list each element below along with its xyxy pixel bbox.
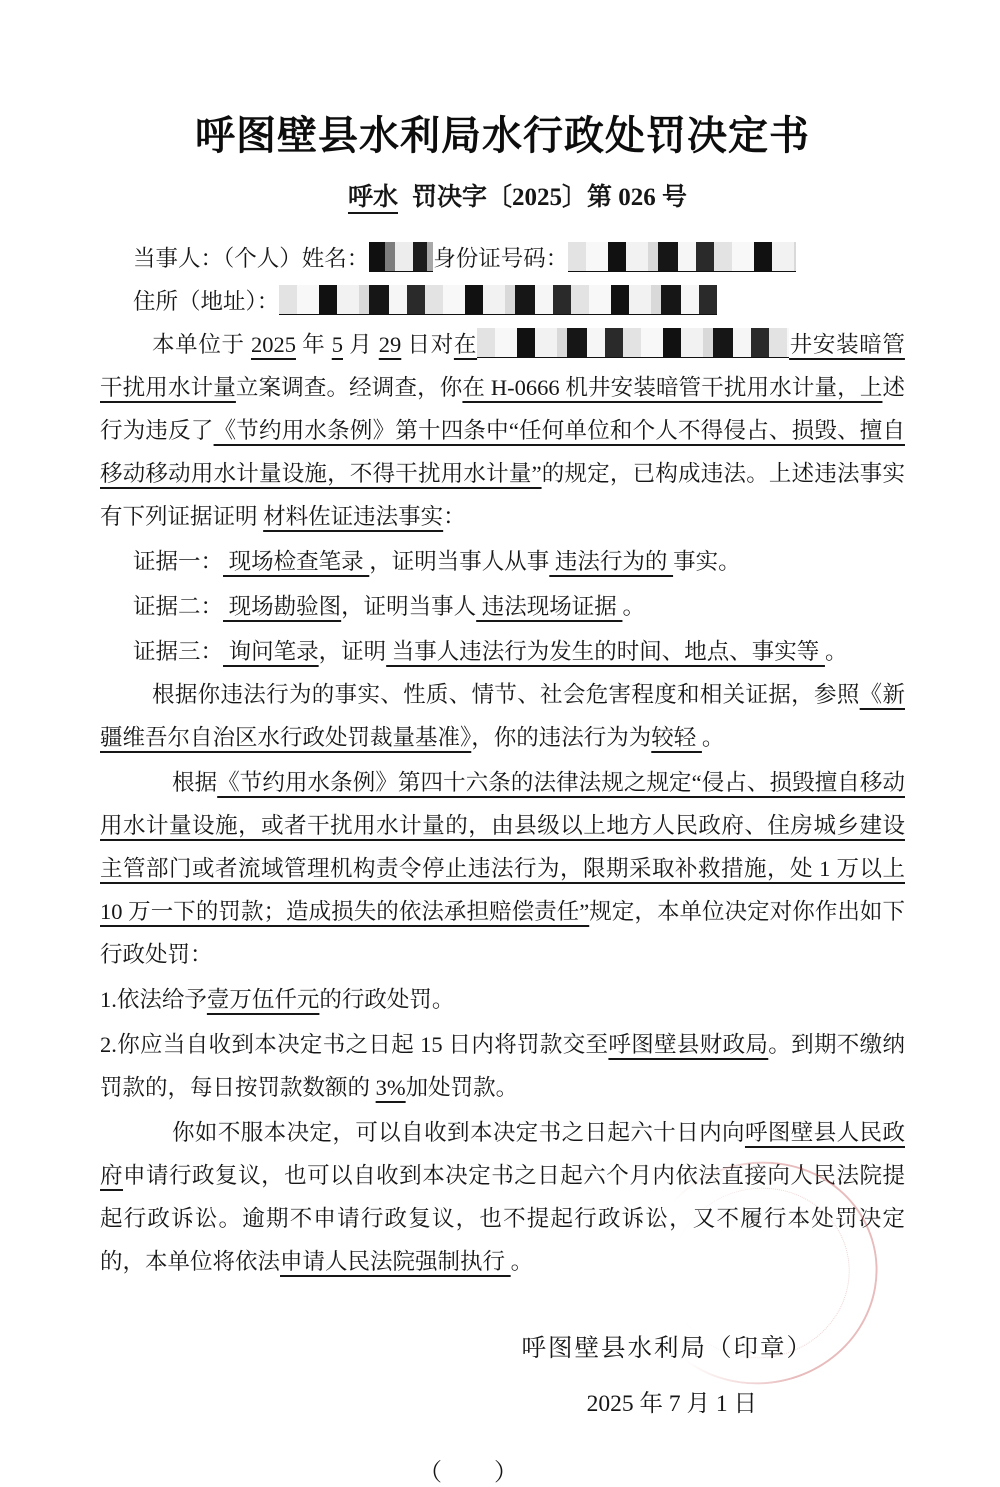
redaction-block [369,242,433,272]
text-segment: 壹万伍仟元 [207,987,320,1012]
text-segment: 2025 [251,332,296,357]
paragraph: 证据一： 现场检查笔录 ，证明当事人从事 违法行为的 事实。 [100,540,905,583]
text-segment: 在 [454,332,477,357]
text-segment: 证据二： [133,594,223,619]
text-segment: 。 [702,725,725,750]
text-segment: 。 [511,1249,534,1274]
text-segment: 证据三： [133,639,223,664]
document-title: 呼图壁县水利局水行政处罚决定书 [100,104,905,161]
paragraph: 根据你违法行为的事实、性质、情节、社会危害程度和相关证据，参照《新疆维吾尔自治区… [100,673,905,759]
paragraph: 1.依法给予壹万伍仟元的行政处罚。 [100,978,905,1021]
text-segment: 29 [379,332,402,357]
text-segment: 3% [376,1075,406,1100]
redaction-block [477,328,789,358]
text-segment: 住所（地址）： [133,289,279,314]
text-segment: ，你的违法行为为 [471,725,651,750]
document-body: 当事人：（个人）姓名：身份证号码：住所（地址）：本单位于 2025 年 5 月 … [100,237,905,1283]
paragraph: 证据二： 现场勘验图，证明当事人 违法现场证据 。 [100,585,905,628]
text-segment: 1.依法给予 [100,987,207,1012]
text-segment: 。 [825,639,848,664]
text-segment: ，证明 [319,639,387,664]
redaction-block [279,285,717,315]
paragraph: 根据《节约用水条例》第四十六条的法律法规之规定“侵占、损毁擅自移动用水计量设施，… [100,761,905,976]
text-segment: 材料佐证违法事实 [263,504,443,529]
text-segment: 证据一： [133,549,223,574]
paragraph: 当事人：（个人）姓名：身份证号码： [100,237,905,280]
paragraph: 住所（地址）： [100,280,905,323]
text-segment: 当事人违法行为发生的时间、地点、事实等 [386,639,825,664]
text-segment: 违法现场证据 [476,594,622,619]
text-segment: 现场检查笔录 [223,549,369,574]
text-segment: 本单位于 [152,332,251,357]
paragraph: 你如不服本决定，可以自收到本决定书之日起六十日内向呼图壁县人民政府申请行政复议，… [100,1111,905,1283]
paragraph: 2.你应当自收到本决定书之日起 15 日内将罚款交至呼图壁县财政局。到期不缴纳罚… [100,1023,905,1109]
text-segment: 询问笔录 [223,639,319,664]
text-segment: 立案调查。经调查，你 [236,375,463,400]
text-segment: 申请人民法院强制执行 [280,1249,511,1274]
text-segment: 根据你违法行为的事实、性质、情节、社会危害程度和相关证据，参照 [152,682,860,707]
text-segment: 事实。 [673,549,741,574]
text-segment: 2.你应当自收到本决定书之日起 15 日内将罚款交至 [100,1032,608,1057]
text-segment: 现场勘验图 [223,594,341,619]
text-segment: 年 [296,332,332,357]
text-segment: 较轻 [651,725,702,750]
text-segment: ： [443,504,466,529]
text-segment: ，证明当事人从事 [369,549,549,574]
text-segment: 在 H-0666 机井安装暗管干扰用水计量，上 [462,375,882,400]
issue-date: 2025 年 7 月 1 日 [100,1384,905,1418]
text-segment: 日对 [401,332,454,357]
text-segment: ，证明当事人 [341,594,476,619]
text-segment: 的行政处罚。 [319,987,454,1012]
text-segment: 根据 [172,770,217,795]
document-number-prefix: 呼水 [318,184,406,211]
text-segment: 违法行为的 [549,549,673,574]
issuer-signature: 呼图壁县水利局（印章） [100,1329,905,1364]
footer-parentheses: （ ） [100,1452,905,1487]
scanned-document-page: 呼图壁县水利局水行政处罚决定书 呼水罚决字〔2025〕第 026 号 当事人：（… [0,0,1000,1487]
text-segment: 当事人：（个人）姓名： [133,246,369,271]
text-segment: 。 [622,594,645,619]
paragraph: 本单位于 2025 年 5 月 29 日对在井安装暗管干扰用水计量立案调查。经调… [100,323,905,538]
document-content: 呼图壁县水利局水行政处罚决定书 呼水罚决字〔2025〕第 026 号 当事人：（… [0,0,1000,1487]
text-segment: 5 [332,332,343,357]
redaction-block [568,242,796,272]
document-number-rest: 罚决字〔2025〕第 026 号 [406,184,687,211]
text-segment: 呼图壁县财政局 [608,1032,768,1057]
text-segment: 月 [343,332,379,357]
paragraph: 证据三： 询问笔录，证明 当事人违法行为发生的时间、地点、事实等 。 [100,630,905,673]
text-segment: 加处罚款。 [406,1075,519,1100]
document-number: 呼水罚决字〔2025〕第 026 号 [100,177,905,213]
text-segment: 身份证号码： [433,246,568,271]
text-segment: 你如不服本决定，可以自收到本决定书之日起六十日内向 [172,1120,745,1145]
